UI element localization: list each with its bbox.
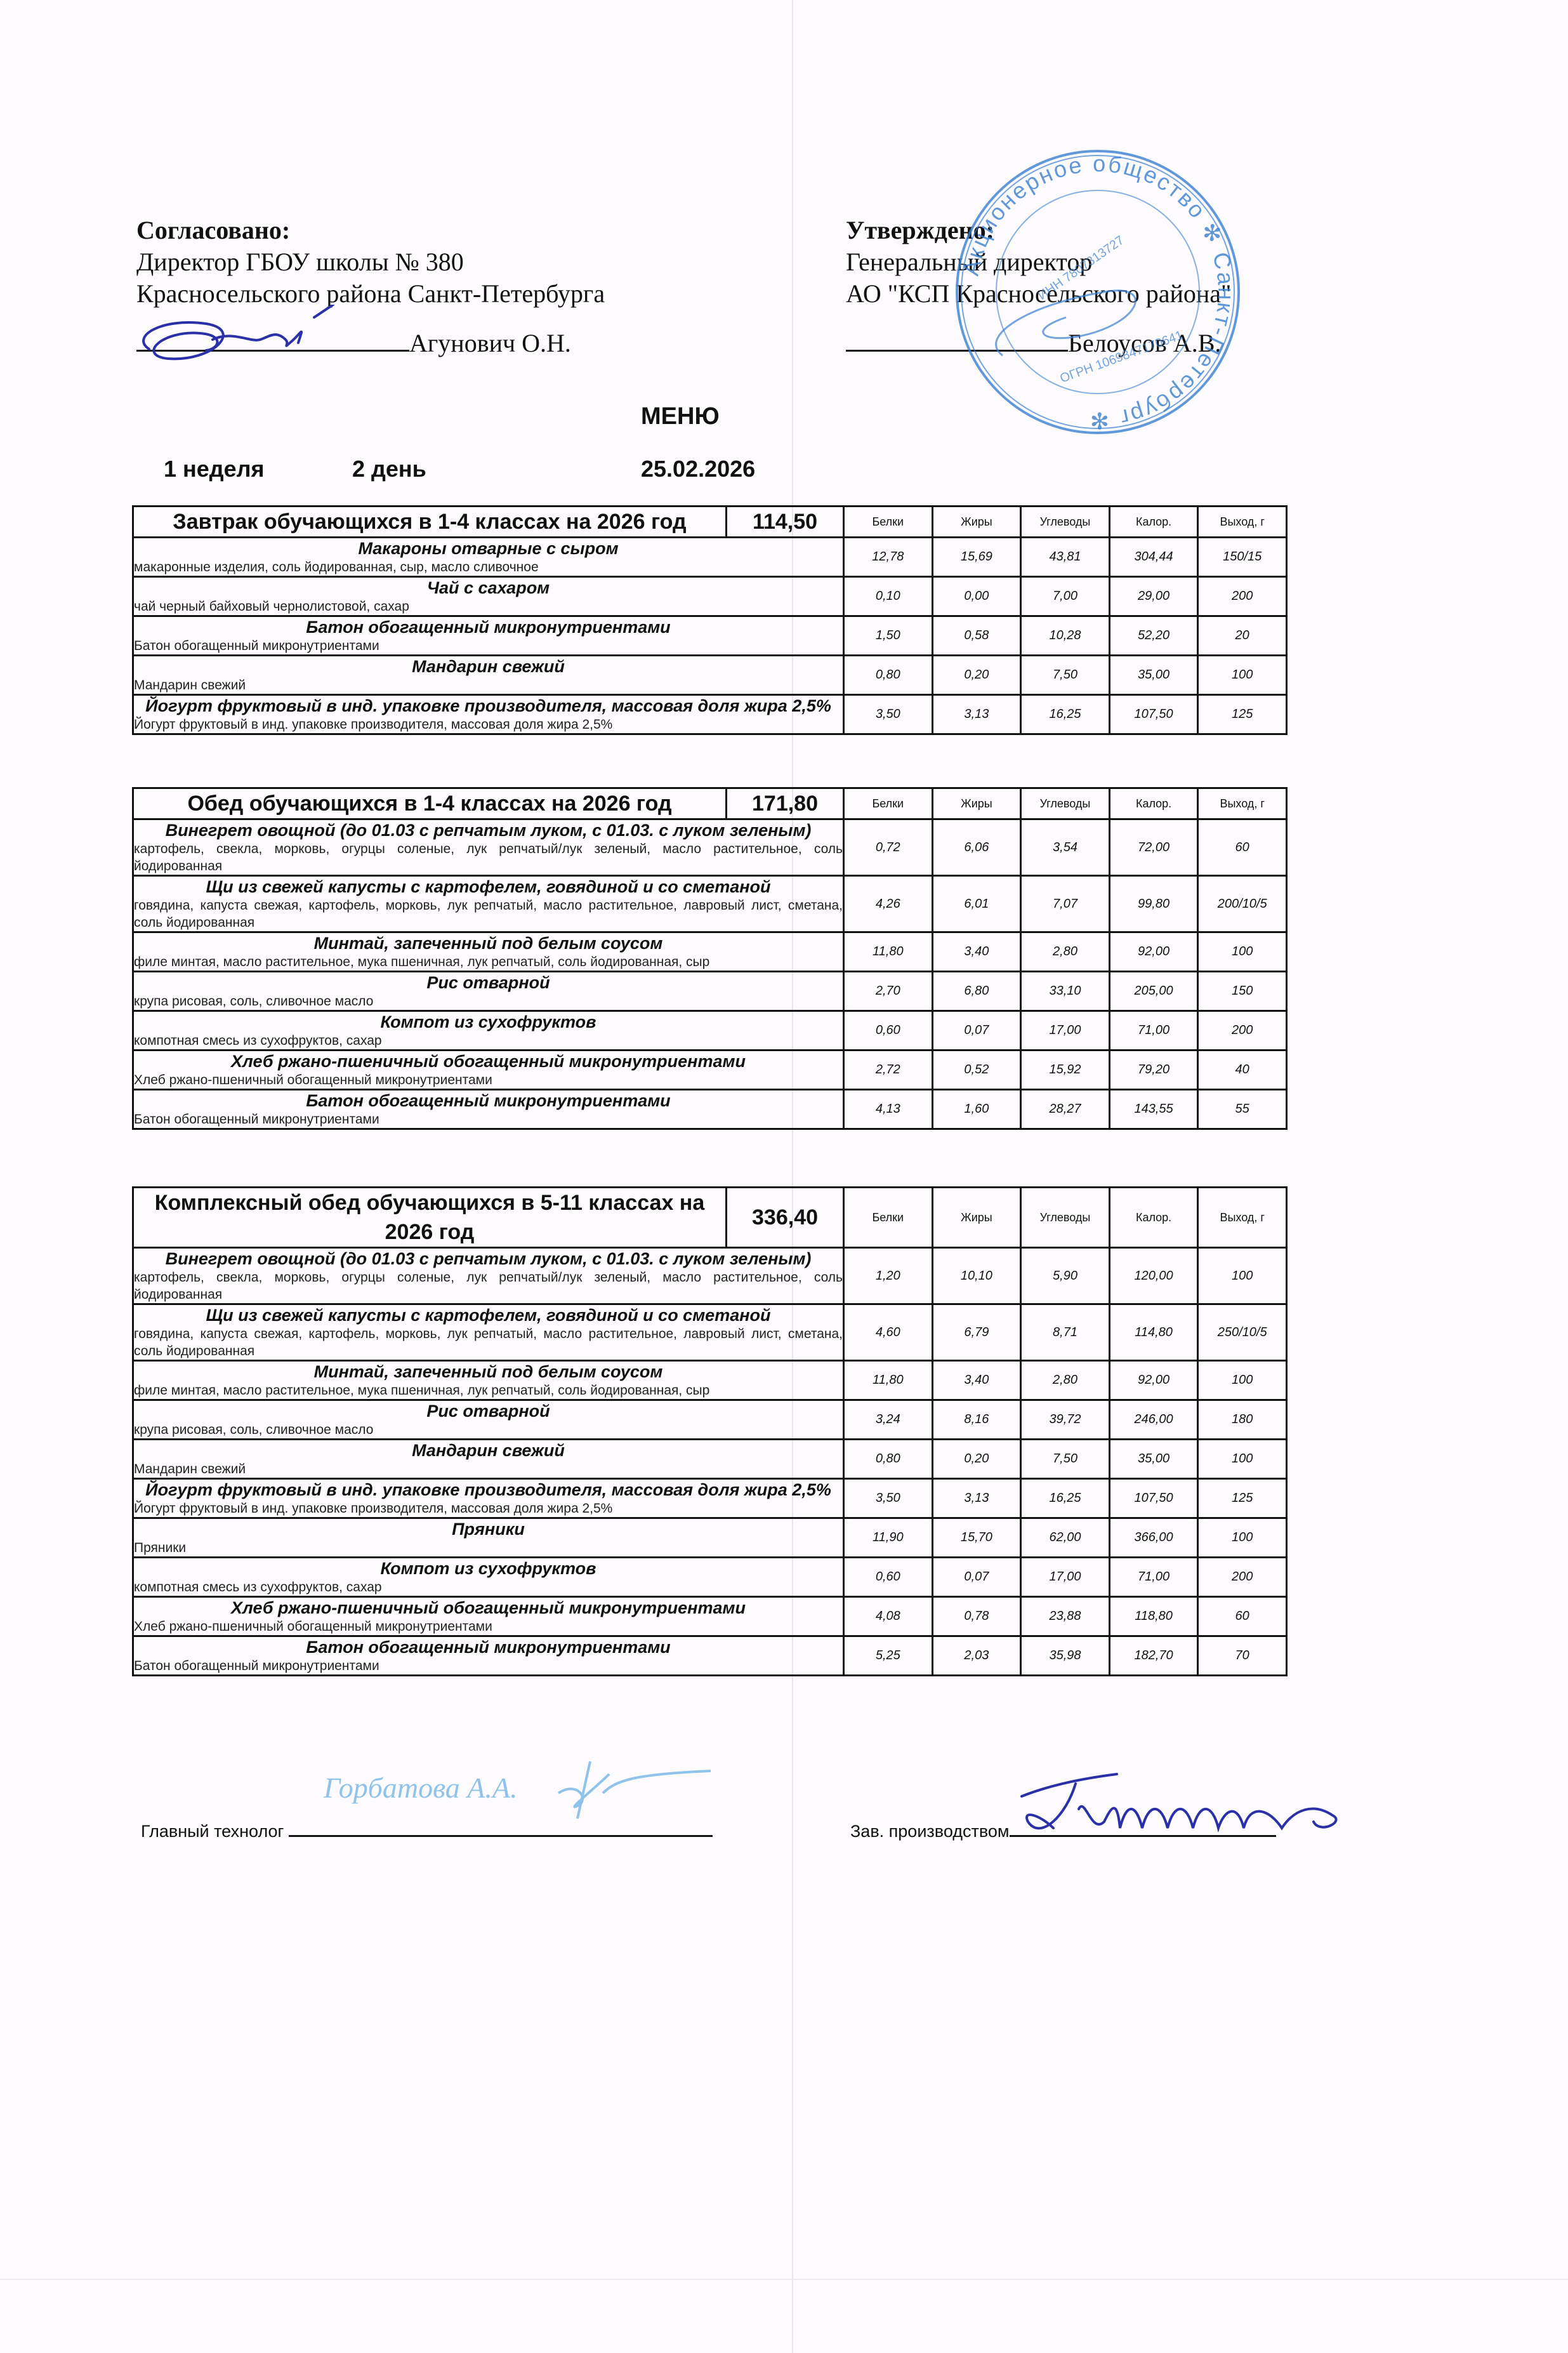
nutrition-value: 0,58 <box>932 616 1021 656</box>
nutrition-value: 0,80 <box>844 656 933 695</box>
nutrition-value: 3,50 <box>844 1479 933 1518</box>
dish-ingredients: Йогурт фруктовый в инд. упаковке произво… <box>134 1500 843 1517</box>
dish-ingredients: филе минтая, масло растительное, мука пш… <box>134 1382 843 1399</box>
nutrition-value: 2,80 <box>1021 932 1110 972</box>
dish-cell: Йогурт фруктовый в инд. упаковке произво… <box>133 1479 844 1518</box>
nutrition-value: 72,00 <box>1109 819 1198 876</box>
nutrition-value: 100 <box>1198 1361 1287 1400</box>
nutrition-value: 52,20 <box>1109 616 1198 656</box>
dish-name: Компот из сухофруктов <box>134 1012 843 1032</box>
dish-name: Батон обогащенный микронутриентами <box>134 617 843 637</box>
dish-cell: Мандарин свежийМандарин свежий <box>133 1440 844 1479</box>
section-price: 114,50 <box>727 507 844 538</box>
nutrition-value: 2,72 <box>844 1051 933 1090</box>
svg-text:Акционерное общество ✻ Санкт-П: Акционерное общество ✻ Санкт-Петербург ✻ <box>958 150 1240 434</box>
dish-row: Йогурт фруктовый в инд. упаковке произво… <box>133 1479 1287 1518</box>
section-title: Завтрак обучающихся в 1-4 классах на 202… <box>133 507 727 538</box>
nutrition-value: 55 <box>1198 1090 1287 1129</box>
dish-row: ПряникиПряники11,9015,7062,00366,00100 <box>133 1518 1287 1558</box>
menu-section-table: Комплексный обед обучающихся в 5-11 клас… <box>132 1186 1288 1676</box>
dish-cell: Рис отварнойкрупа рисовая, соль, сливочн… <box>133 1400 844 1440</box>
nutrition-value: 100 <box>1198 1440 1287 1479</box>
nutrition-value: 200/10/5 <box>1198 876 1287 932</box>
column-header: Выход, г <box>1198 1188 1287 1248</box>
nutrition-value: 39,72 <box>1021 1400 1110 1440</box>
nutrition-value: 17,00 <box>1021 1558 1110 1597</box>
dish-name: Винегрет овощной (до 01.03 с репчатым лу… <box>134 1249 843 1269</box>
nutrition-value: 15,70 <box>932 1518 1021 1558</box>
section-title: Комплексный обед обучающихся в 5-11 клас… <box>133 1188 727 1248</box>
column-header: Калор. <box>1109 507 1198 538</box>
nutrition-value: 0,60 <box>844 1558 933 1597</box>
nutrition-value: 35,98 <box>1021 1636 1110 1676</box>
column-header: Жиры <box>932 507 1021 538</box>
handwritten-signature-technologist <box>552 1755 717 1825</box>
nutrition-value: 6,06 <box>932 819 1021 876</box>
nutrition-value: 7,07 <box>1021 876 1110 932</box>
dish-cell: Компот из сухофруктовкомпотная смесь из … <box>133 1558 844 1597</box>
menu-date: 25.02.2026 <box>641 456 755 482</box>
dish-cell: Батон обогащенный микронутриентамиБатон … <box>133 616 844 656</box>
production-head-label: Зав. производством <box>850 1822 1010 1841</box>
nutrition-value: 200 <box>1198 577 1287 616</box>
menu-day: 2 день <box>352 456 426 482</box>
nutrition-value: 3,40 <box>932 932 1021 972</box>
nutrition-value: 143,55 <box>1109 1090 1198 1129</box>
dish-name: Компот из сухофруктов <box>134 1558 843 1579</box>
dish-ingredients: говядина, капуста свежая, картофель, мор… <box>134 897 843 931</box>
nutrition-value: 8,16 <box>932 1400 1021 1440</box>
nutrition-value: 3,13 <box>932 1479 1021 1518</box>
nutrition-value: 7,00 <box>1021 577 1110 616</box>
nutrition-value: 304,44 <box>1109 538 1198 577</box>
nutrition-value: 92,00 <box>1109 1361 1198 1400</box>
dish-row: Щи из свежей капусты с картофелем, говяд… <box>133 1304 1287 1361</box>
menu-week: 1 неделя <box>164 456 265 482</box>
dish-name: Макароны отварные с сыром <box>134 538 843 559</box>
dish-ingredients: картофель, свекла, морковь, огурцы солен… <box>134 840 843 875</box>
dish-ingredients: говядина, капуста свежая, картофель, мор… <box>134 1325 843 1360</box>
dish-cell: Компот из сухофруктовкомпотная смесь из … <box>133 1011 844 1051</box>
column-header: Белки <box>844 507 933 538</box>
dish-name: Чай с сахаром <box>134 578 843 598</box>
dish-row: Мандарин свежийМандарин свежий0,800,207,… <box>133 656 1287 695</box>
nutrition-value: 100 <box>1198 656 1287 695</box>
dish-cell: Чай с сахаромчай черный байховый черноли… <box>133 577 844 616</box>
chief-technologist-name-stamp: Горбатова А.А. <box>324 1771 518 1805</box>
dish-ingredients: филе минтая, масло растительное, мука пш… <box>134 953 843 971</box>
dish-ingredients: крупа рисовая, соль, сливочное масло <box>134 993 843 1010</box>
chief-technologist-field: Главный технолог <box>141 1822 713 1841</box>
dish-name: Минтай, запеченный под белым соусом <box>134 933 843 953</box>
nutrition-value: 92,00 <box>1109 932 1198 972</box>
dish-row: Винегрет овощной (до 01.03 с репчатым лу… <box>133 819 1287 876</box>
dish-cell: Винегрет овощной (до 01.03 с репчатым лу… <box>133 819 844 876</box>
dish-row: Мандарин свежийМандарин свежий0,800,207,… <box>133 1440 1287 1479</box>
dish-row: Хлеб ржано-пшеничный обогащенный микрону… <box>133 1051 1287 1090</box>
dish-ingredients: крупа рисовая, соль, сливочное масло <box>134 1421 843 1438</box>
handwritten-signature-director <box>124 305 416 374</box>
nutrition-value: 7,50 <box>1021 656 1110 695</box>
dish-ingredients: картофель, свекла, морковь, огурцы солен… <box>134 1269 843 1303</box>
nutrition-value: 0,80 <box>844 1440 933 1479</box>
nutrition-value: 2,70 <box>844 972 933 1011</box>
nutrition-value: 205,00 <box>1109 972 1198 1011</box>
nutrition-value: 15,92 <box>1021 1051 1110 1090</box>
nutrition-value: 35,00 <box>1109 1440 1198 1479</box>
nutrition-value: 3,54 <box>1021 819 1110 876</box>
dish-ingredients: Мандарин свежий <box>134 1461 843 1478</box>
column-header: Жиры <box>932 1188 1021 1248</box>
dish-ingredients: Хлеб ржано-пшеничный обогащенный микрону… <box>134 1618 843 1635</box>
nutrition-value: 10,10 <box>932 1248 1021 1304</box>
nutrition-value: 118,80 <box>1109 1597 1198 1636</box>
nutrition-value: 0,07 <box>932 1558 1021 1597</box>
nutrition-value: 40 <box>1198 1051 1287 1090</box>
nutrition-value: 4,60 <box>844 1304 933 1361</box>
dish-ingredients: компотная смесь из сухофруктов, сахар <box>134 1579 843 1596</box>
dish-cell: Хлеб ржано-пшеничный обогащенный микрону… <box>133 1051 844 1090</box>
nutrition-value: 246,00 <box>1109 1400 1198 1440</box>
nutrition-value: 17,00 <box>1021 1011 1110 1051</box>
dish-ingredients: Батон обогащенный микронутриентами <box>134 637 843 654</box>
dish-cell: Батон обогащенный микронутриентамиБатон … <box>133 1636 844 1676</box>
dish-cell: Рис отварнойкрупа рисовая, соль, сливочн… <box>133 972 844 1011</box>
dish-ingredients: чай черный байховый чернолистовой, сахар <box>134 598 843 615</box>
nutrition-value: 0,10 <box>844 577 933 616</box>
nutrition-value: 180 <box>1198 1400 1287 1440</box>
dish-ingredients: макаронные изделия, соль йодированная, с… <box>134 559 843 576</box>
nutrition-value: 0,20 <box>932 656 1021 695</box>
nutrition-value: 1,50 <box>844 616 933 656</box>
nutrition-value: 0,07 <box>932 1011 1021 1051</box>
dish-cell: ПряникиПряники <box>133 1518 844 1558</box>
dish-ingredients: компотная смесь из сухофруктов, сахар <box>134 1032 843 1049</box>
dish-cell: Минтай, запеченный под белым соусомфиле … <box>133 932 844 972</box>
column-header: Калор. <box>1109 788 1198 819</box>
nutrition-value: 120,00 <box>1109 1248 1198 1304</box>
nutrition-value: 0,60 <box>844 1011 933 1051</box>
nutrition-value: 60 <box>1198 819 1287 876</box>
dish-cell: Макароны отварные с сыроммакаронные изде… <box>133 538 844 577</box>
dish-ingredients: Батон обогащенный микронутриентами <box>134 1657 843 1674</box>
dish-row: Компот из сухофруктовкомпотная смесь из … <box>133 1558 1287 1597</box>
nutrition-value: 11,80 <box>844 1361 933 1400</box>
handwritten-signature-production-head <box>1015 1771 1371 1847</box>
company-round-stamp-icon: Акционерное общество ✻ Санкт-Петербург ✻… <box>952 146 1244 438</box>
approval-agreed-position: Директор ГБОУ школы № 380 <box>136 246 605 278</box>
menu-section-table: Обед обучающихся в 1-4 классах на 2026 г… <box>132 787 1288 1130</box>
nutrition-value: 43,81 <box>1021 538 1110 577</box>
nutrition-value: 8,71 <box>1021 1304 1110 1361</box>
nutrition-value: 107,50 <box>1109 1479 1198 1518</box>
nutrition-value: 150 <box>1198 972 1287 1011</box>
dish-ingredients: Мандарин свежий <box>134 677 843 694</box>
nutrition-value: 250/10/5 <box>1198 1304 1287 1361</box>
dish-name: Рис отварной <box>134 972 843 993</box>
nutrition-value: 182,70 <box>1109 1636 1198 1676</box>
column-header: Углеводы <box>1021 1188 1110 1248</box>
nutrition-value: 0,78 <box>932 1597 1021 1636</box>
stamp-inn: ИНН 7807313727 <box>1036 233 1127 303</box>
chief-technologist-label: Главный технолог <box>141 1822 284 1841</box>
dish-row: Макароны отварные с сыроммакаронные изде… <box>133 538 1287 577</box>
dish-name: Рис отварной <box>134 1401 843 1421</box>
dish-row: Рис отварнойкрупа рисовая, соль, сливочн… <box>133 1400 1287 1440</box>
dish-ingredients: Батон обогащенный микронутриентами <box>134 1111 843 1128</box>
dish-row: Батон обогащенный микронутриентамиБатон … <box>133 1636 1287 1676</box>
dish-name: Щи из свежей капусты с картофелем, говяд… <box>134 877 843 897</box>
dish-cell: Батон обогащенный микронутриентамиБатон … <box>133 1090 844 1129</box>
nutrition-value: 100 <box>1198 932 1287 972</box>
column-header: Калор. <box>1109 1188 1198 1248</box>
dish-row: Минтай, запеченный под белым соусомфиле … <box>133 932 1287 972</box>
nutrition-value: 3,40 <box>932 1361 1021 1400</box>
nutrition-value: 10,28 <box>1021 616 1110 656</box>
nutrition-value: 4,13 <box>844 1090 933 1129</box>
dish-row: Батон обогащенный микронутриентамиБатон … <box>133 616 1287 656</box>
dish-row: Рис отварнойкрупа рисовая, соль, сливочн… <box>133 972 1287 1011</box>
dish-name: Йогурт фруктовый в инд. упаковке произво… <box>134 1480 843 1500</box>
nutrition-value: 100 <box>1198 1248 1287 1304</box>
approval-agreed-signer: Агунович О.Н. <box>409 329 571 357</box>
column-header: Белки <box>844 788 933 819</box>
menu-title: МЕНЮ <box>641 403 720 430</box>
dish-row: Чай с сахаромчай черный байховый черноли… <box>133 577 1287 616</box>
column-header: Белки <box>844 1188 933 1248</box>
nutrition-value: 23,88 <box>1021 1597 1110 1636</box>
dish-name: Щи из свежей капусты с картофелем, говяд… <box>134 1305 843 1325</box>
nutrition-value: 35,00 <box>1109 656 1198 695</box>
nutrition-value: 60 <box>1198 1597 1287 1636</box>
nutrition-value: 0,20 <box>932 1440 1021 1479</box>
nutrition-value: 3,13 <box>932 695 1021 734</box>
nutrition-value: 6,80 <box>932 972 1021 1011</box>
dish-name: Мандарин свежий <box>134 1440 843 1461</box>
nutrition-value: 15,69 <box>932 538 1021 577</box>
nutrition-value: 71,00 <box>1109 1558 1198 1597</box>
paper-fold-horizontal <box>0 2279 1568 2280</box>
nutrition-value: 200 <box>1198 1011 1287 1051</box>
nutrition-value: 100 <box>1198 1518 1287 1558</box>
dish-ingredients: Хлеб ржано-пшеничный обогащенный микрону… <box>134 1071 843 1089</box>
nutrition-value: 16,25 <box>1021 695 1110 734</box>
nutrition-value: 1,20 <box>844 1248 933 1304</box>
column-header: Жиры <box>932 788 1021 819</box>
nutrition-value: 3,50 <box>844 695 933 734</box>
dish-name: Минтай, запеченный под белым соусом <box>134 1362 843 1382</box>
dish-name: Хлеб ржано-пшеничный обогащенный микрону… <box>134 1598 843 1618</box>
nutrition-value: 5,25 <box>844 1636 933 1676</box>
section-price: 336,40 <box>727 1188 844 1248</box>
nutrition-value: 114,80 <box>1109 1304 1198 1361</box>
section-title: Обед обучающихся в 1-4 классах на 2026 г… <box>133 788 727 819</box>
dish-cell: Йогурт фруктовый в инд. упаковке произво… <box>133 695 844 734</box>
nutrition-value: 20 <box>1198 616 1287 656</box>
nutrition-value: 70 <box>1198 1636 1287 1676</box>
section-header-row: Комплексный обед обучающихся в 5-11 клас… <box>133 1188 1287 1248</box>
dish-cell: Мандарин свежийМандарин свежий <box>133 656 844 695</box>
dish-row: Компот из сухофруктовкомпотная смесь из … <box>133 1011 1287 1051</box>
section-header-row: Завтрак обучающихся в 1-4 классах на 202… <box>133 507 1287 538</box>
column-header: Выход, г <box>1198 788 1287 819</box>
dish-name: Пряники <box>134 1519 843 1539</box>
nutrition-value: 125 <box>1198 1479 1287 1518</box>
nutrition-value: 16,25 <box>1021 1479 1110 1518</box>
signature-line <box>289 1831 713 1837</box>
nutrition-value: 107,50 <box>1109 695 1198 734</box>
menu-section-table: Завтрак обучающихся в 1-4 классах на 202… <box>132 505 1288 735</box>
section-price: 171,80 <box>727 788 844 819</box>
nutrition-value: 99,80 <box>1109 876 1198 932</box>
dish-cell: Хлеб ржано-пшеничный обогащенный микрону… <box>133 1597 844 1636</box>
nutrition-value: 11,90 <box>844 1518 933 1558</box>
nutrition-value: 366,00 <box>1109 1518 1198 1558</box>
nutrition-value: 0,72 <box>844 819 933 876</box>
nutrition-value: 6,79 <box>932 1304 1021 1361</box>
nutrition-value: 28,27 <box>1021 1090 1110 1129</box>
nutrition-value: 0,52 <box>932 1051 1021 1090</box>
section-header-row: Обед обучающихся в 1-4 классах на 2026 г… <box>133 788 1287 819</box>
approval-agreed-title: Согласовано: <box>136 215 605 246</box>
dish-name: Винегрет овощной (до 01.03 с репчатым лу… <box>134 820 843 840</box>
nutrition-value: 62,00 <box>1021 1518 1110 1558</box>
nutrition-value: 71,00 <box>1109 1011 1198 1051</box>
column-header: Выход, г <box>1198 507 1287 538</box>
nutrition-value: 150/15 <box>1198 538 1287 577</box>
dish-cell: Щи из свежей капусты с картофелем, говяд… <box>133 1304 844 1361</box>
dish-name: Хлеб ржано-пшеничный обогащенный микрону… <box>134 1051 843 1071</box>
nutrition-value: 2,80 <box>1021 1361 1110 1400</box>
column-header: Углеводы <box>1021 788 1110 819</box>
dish-row: Щи из свежей капусты с картофелем, говяд… <box>133 876 1287 932</box>
dish-name: Йогурт фруктовый в инд. упаковке произво… <box>134 696 843 716</box>
paper-fold-vertical <box>792 0 793 2353</box>
stamp-outer-text: Акционерное общество ✻ Санкт-Петербург ✻ <box>958 150 1240 434</box>
column-header: Углеводы <box>1021 507 1110 538</box>
dish-name: Батон обогащенный микронутриентами <box>134 1090 843 1111</box>
nutrition-value: 1,60 <box>932 1090 1021 1129</box>
nutrition-value: 6,01 <box>932 876 1021 932</box>
dish-name: Батон обогащенный микронутриентами <box>134 1637 843 1657</box>
dish-row: Батон обогащенный микронутриентамиБатон … <box>133 1090 1287 1129</box>
dish-row: Минтай, запеченный под белым соусомфиле … <box>133 1361 1287 1400</box>
nutrition-value: 7,50 <box>1021 1440 1110 1479</box>
dish-row: Йогурт фруктовый в инд. упаковке произво… <box>133 695 1287 734</box>
nutrition-value: 0,00 <box>932 577 1021 616</box>
nutrition-value: 33,10 <box>1021 972 1110 1011</box>
dish-ingredients: Йогурт фруктовый в инд. упаковке произво… <box>134 716 843 733</box>
nutrition-value: 11,80 <box>844 932 933 972</box>
dish-cell: Минтай, запеченный под белым соусомфиле … <box>133 1361 844 1400</box>
nutrition-value: 12,78 <box>844 538 933 577</box>
nutrition-value: 4,08 <box>844 1597 933 1636</box>
dish-row: Винегрет овощной (до 01.03 с репчатым лу… <box>133 1248 1287 1304</box>
dish-row: Хлеб ржано-пшеничный обогащенный микрону… <box>133 1597 1287 1636</box>
nutrition-value: 4,26 <box>844 876 933 932</box>
nutrition-value: 200 <box>1198 1558 1287 1597</box>
nutrition-value: 79,20 <box>1109 1051 1198 1090</box>
dish-ingredients: Пряники <box>134 1539 843 1556</box>
nutrition-value: 2,03 <box>932 1636 1021 1676</box>
dish-cell: Щи из свежей капусты с картофелем, говяд… <box>133 876 844 932</box>
dish-cell: Винегрет овощной (до 01.03 с репчатым лу… <box>133 1248 844 1304</box>
dish-name: Мандарин свежий <box>134 656 843 677</box>
nutrition-value: 29,00 <box>1109 577 1198 616</box>
nutrition-value: 3,24 <box>844 1400 933 1440</box>
nutrition-value: 125 <box>1198 695 1287 734</box>
nutrition-value: 5,90 <box>1021 1248 1110 1304</box>
